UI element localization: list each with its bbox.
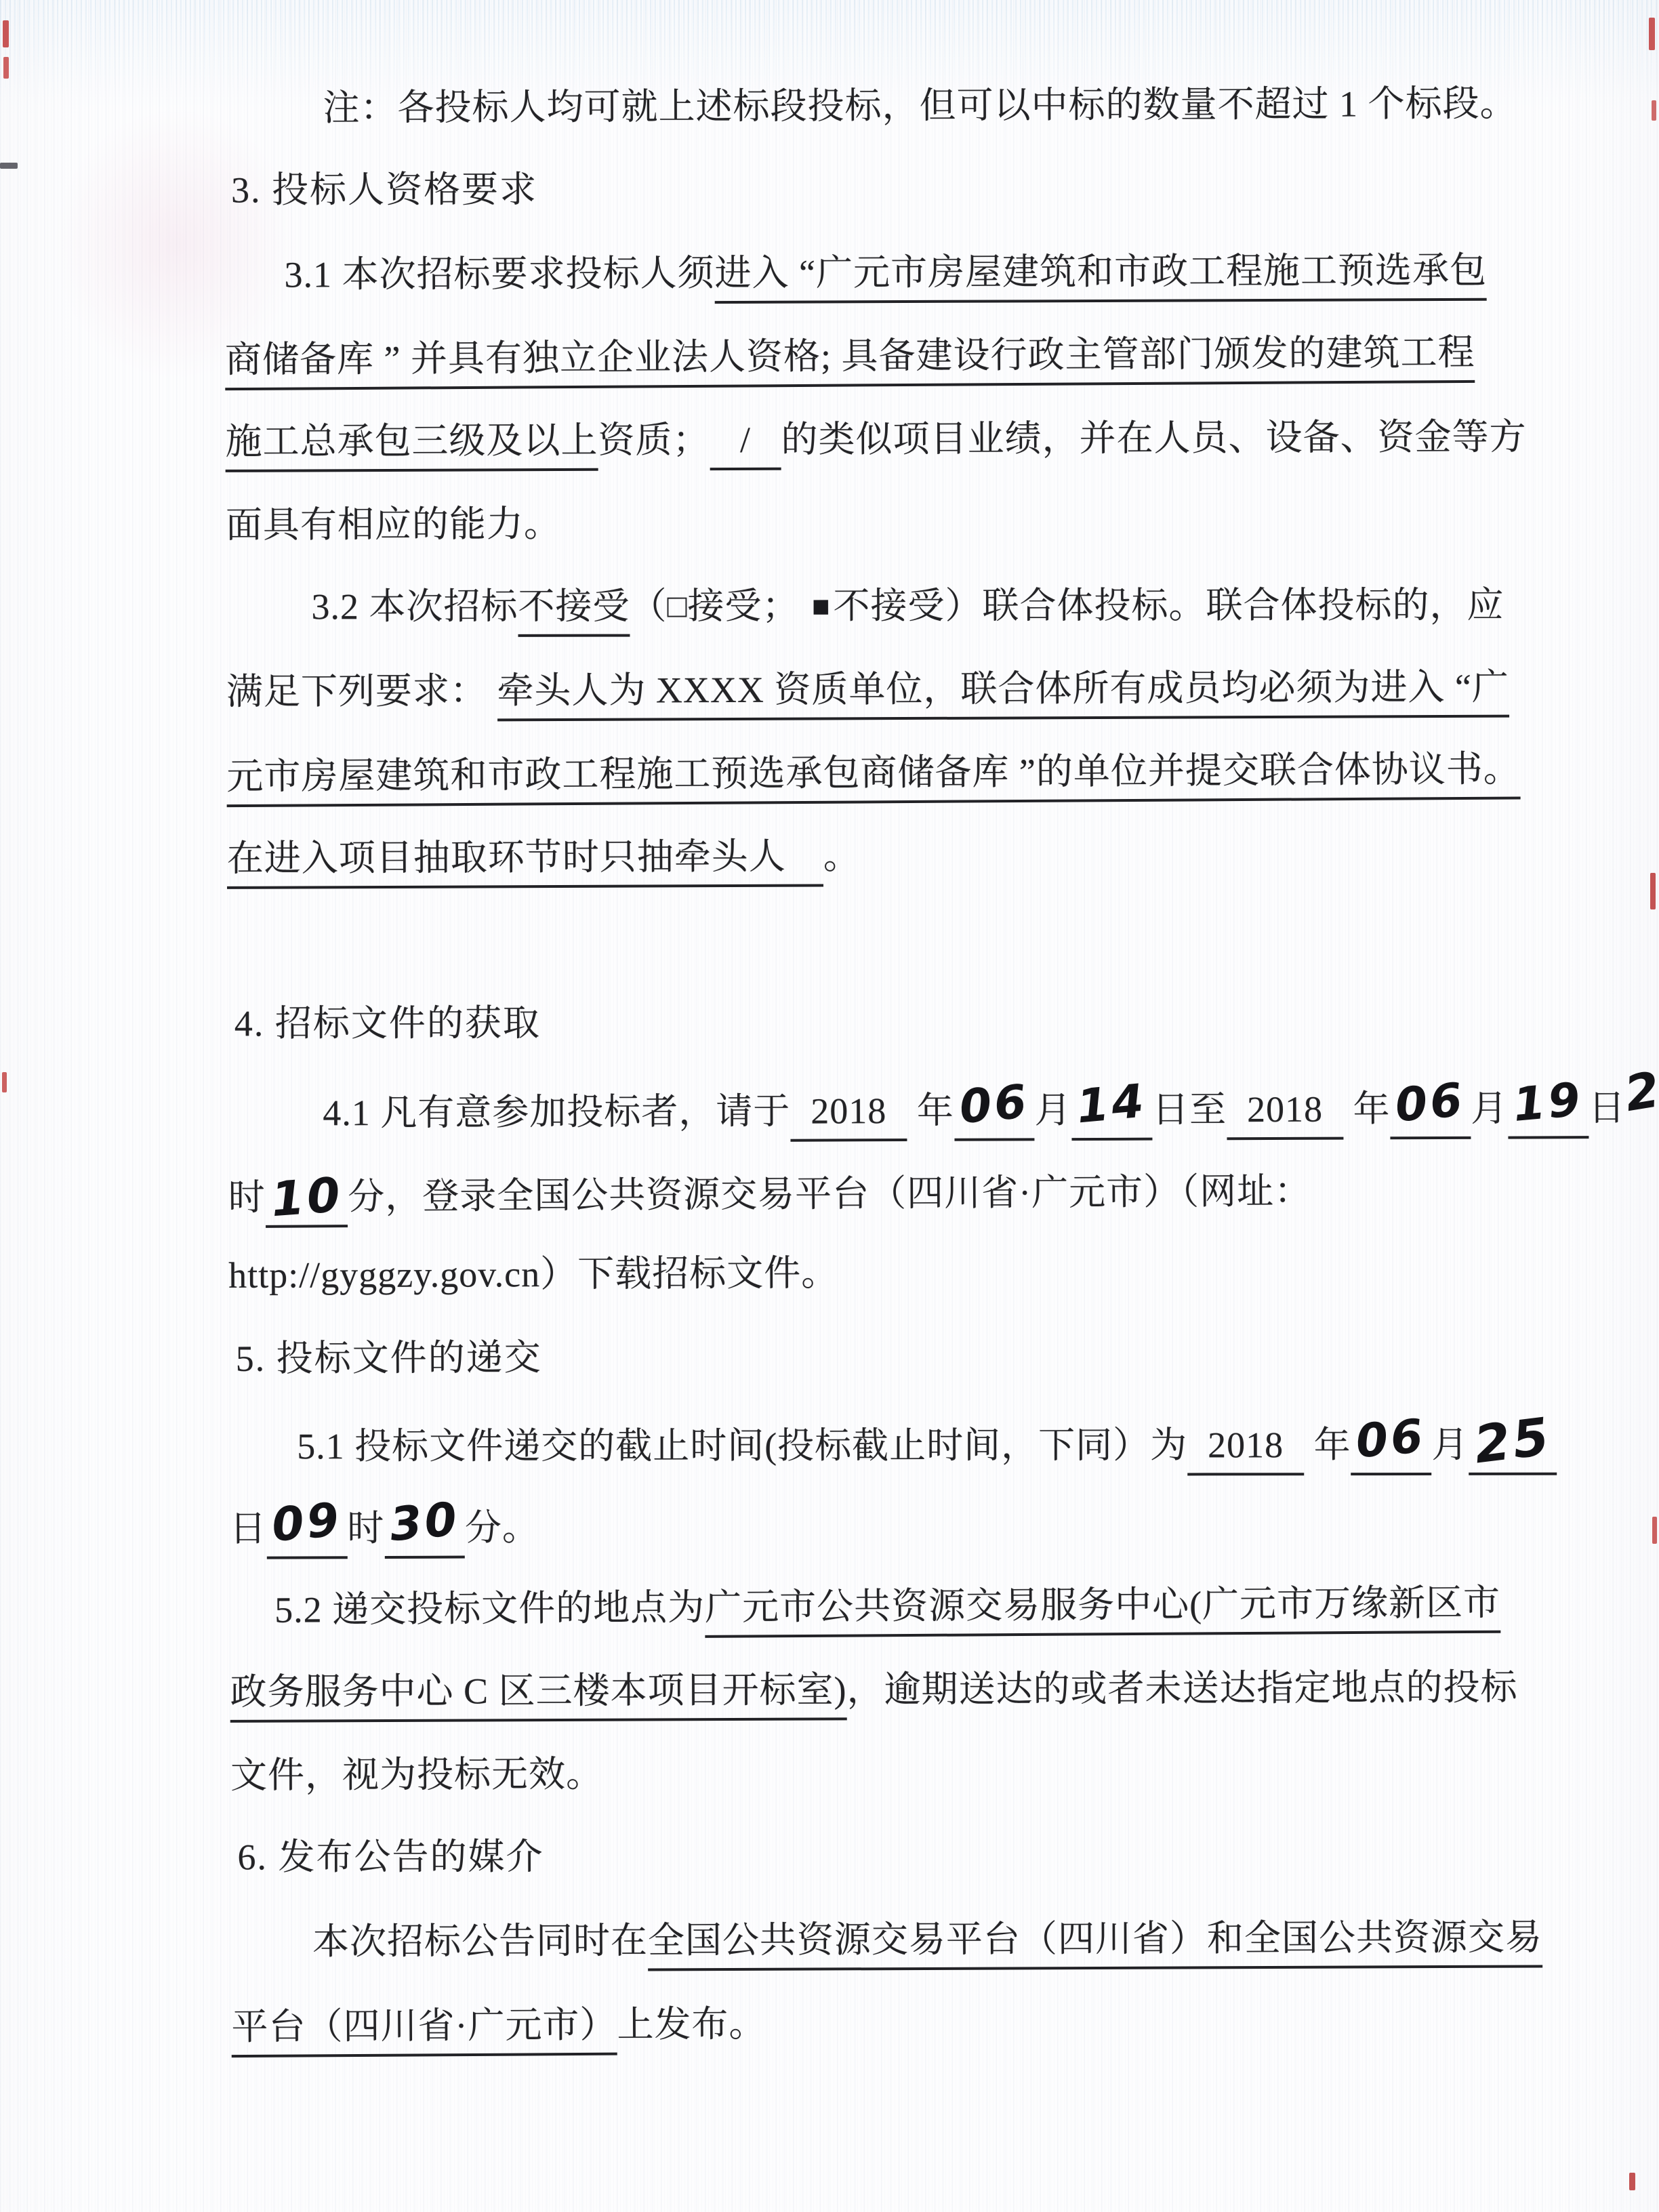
section-heading: 3. 投标人资格要求	[224, 147, 1578, 232]
handwritten-digits: 06	[1353, 1395, 1429, 1484]
underlined-text: 在进入项目抽取环节时只抽牵头人	[227, 836, 823, 889]
text-run: 分，登录全国公共资源交易平台（四川省·广元市）（网址：	[348, 1170, 1311, 1217]
text-line: 元市房屋建筑和市政工程施工预选承包商储备库 ”的单位并提交联合体协议书。	[226, 727, 1581, 819]
text-run: 5.2 递交投标文件的地点为	[274, 1587, 705, 1631]
text-line: 5.1 投标文件递交的截止时间(投标截止时间，下同）为2018 年06月25	[229, 1397, 1583, 1483]
text-line: 时10分，登录全国公共资源交易平台（四川省·广元市）（网址：	[228, 1144, 1582, 1235]
underlined-text: 2018	[1187, 1425, 1304, 1475]
text-run: 时	[347, 1508, 384, 1549]
handwritten-entry: 23	[1626, 1088, 1659, 1128]
text-line: 4.1 凡有意参加投标者，请于2018 年06月14日至2018 年06月19日…	[228, 1062, 1582, 1151]
text-line: 施工总承包三级及以上资质； / 的类似项目业绩，并在人员、设备、资金等方	[225, 395, 1579, 484]
scan-mark	[3, 20, 9, 47]
text-run: （	[630, 586, 667, 627]
text-run: 5.1 投标文件递交的截止时间(投标截止时间，下同）为	[297, 1425, 1187, 1467]
handwritten-digits: 25	[1469, 1394, 1556, 1486]
handwritten-entry-underlined: 25	[1469, 1425, 1557, 1475]
scan-mark	[0, 163, 18, 169]
underlined-text: 2018	[1227, 1089, 1343, 1141]
underlined-text: 2018	[790, 1090, 907, 1142]
scan-mark	[1649, 18, 1655, 50]
scan-mark	[3, 57, 9, 79]
text-line: 5.2 递交投标文件的地点为广元市公共资源交易服务中心(广元市万缘新区市	[230, 1561, 1584, 1652]
section-heading: 5. 投标文件的递交	[228, 1312, 1582, 1401]
handwritten-digits: 19	[1509, 1058, 1586, 1147]
text-run: 月	[1471, 1088, 1508, 1129]
underlined-text: 不接受	[518, 586, 630, 637]
text-run: 面具有相应的能力。	[226, 504, 561, 546]
text-line: 面具有相应的能力。	[226, 478, 1580, 567]
text-line: 3.2 本次招标不接受（□接受； ■不接受）联合体投标。联合体投标的，应	[226, 564, 1580, 649]
section-heading: 6. 发布公告的媒介	[230, 1814, 1584, 1900]
underlined-text: 施工总承包三级及以上	[225, 420, 598, 472]
handwritten-entry-underlined: 09	[267, 1508, 348, 1559]
handwritten-entry-underlined: 19	[1508, 1088, 1589, 1139]
document-body: 注：各投标人均可就上述标段投标，但可以中标的数量不超过 1 个标段。3. 投标人…	[0, 0, 1659, 2068]
handwritten-digits: 09	[268, 1478, 345, 1568]
text-run: 满足下列要求：	[226, 670, 497, 712]
underlined-text: 全国公共资源交易平台（四川省）和全国公共资源交易	[648, 1917, 1542, 1971]
text-run: 4. 招标文件的获取	[234, 1003, 541, 1044]
text-run: 月	[1034, 1090, 1071, 1130]
text-run: 注：各投标人均可就上述标段投标，但可以中标的数量不超过 1 个标段。	[323, 83, 1517, 129]
underlined-text: /	[710, 419, 781, 470]
text-run: 日	[1589, 1088, 1626, 1128]
checkbox-empty-icon: □	[667, 565, 687, 649]
text-run: 4.1 凡有意参加投标者，请于	[323, 1091, 790, 1134]
text-run: 5. 投标文件的递交	[236, 1337, 542, 1379]
underlined-text: 广元市公共资源交易服务中心(广元市万缘新区市	[705, 1582, 1500, 1638]
text-run: 日	[230, 1509, 267, 1549]
text-line: http://gyggzy.gov.cn）下载招标文件。	[228, 1229, 1582, 1317]
scan-mark	[1652, 100, 1656, 121]
handwritten-entry-underlined: 06	[954, 1090, 1035, 1141]
text-line: 注：各投标人均可就上述标段投标，但可以中标的数量不超过 1 个标段。	[224, 62, 1578, 150]
text-run: http://gyggzy.gov.cn）下载招标文件。	[228, 1252, 838, 1295]
text-run: 分。	[465, 1507, 539, 1548]
text-run: 年	[1343, 1088, 1391, 1129]
scan-mark	[1652, 1517, 1657, 1544]
handwritten-entry-underlined: 06	[1390, 1088, 1471, 1139]
text-run: ，逾期送达的或者未送达指定地点的投标	[846, 1667, 1517, 1711]
text-line: 本次招标公告同时在全国公共资源交易平台（四川省）和全国公共资源交易	[231, 1896, 1585, 1984]
scan-mark	[2, 1072, 7, 1092]
text-run: 上发布。	[617, 2003, 766, 2045]
text-run: 文件，视为投标无效。	[230, 1754, 603, 1796]
text-run: 日至	[1152, 1089, 1227, 1130]
text-run: 。	[823, 836, 861, 876]
text-run: 不接受）联合体投标。联合体投标的，应	[833, 585, 1504, 626]
handwritten-entry-underlined: 10	[266, 1176, 348, 1228]
handwritten-entry-underlined: 06	[1351, 1425, 1432, 1475]
handwritten-digits: 14	[1073, 1059, 1150, 1149]
handwritten-digits: 30	[386, 1477, 463, 1567]
text-run: 本次招标公告同时在	[312, 1921, 648, 1963]
text-line: 商储备库 ” 并具有独立企业法人资格; 具备建设行政主管部门颁发的建筑工程	[225, 310, 1580, 402]
handwritten-entry-underlined: 30	[384, 1508, 465, 1559]
blank-line	[227, 895, 1581, 984]
text-line: 政务服务中心 C 区三楼本项目开标室)，逾期送达的或者未送达指定地点的投标	[230, 1645, 1584, 1734]
underlined-text: 元市房屋建筑和市政工程施工预选承包商储备库 ”的单位并提交联合体协议书。	[226, 748, 1521, 807]
text-run: 时	[228, 1177, 266, 1218]
text-run: 月	[1431, 1425, 1469, 1465]
text-run: 3. 投标人资格要求	[231, 169, 537, 211]
text-line: 满足下列要求： 牵头人为 XXXX 资质单位，联合体所有成员均必须为进入 “广	[226, 645, 1580, 734]
handwritten-digits: 10	[268, 1153, 346, 1242]
text-line: 3.1 本次招标要求投标人须进入 “广元市房屋建筑和市政工程施工预选承包	[224, 228, 1578, 317]
underlined-text: 商储备库 ” 并具有独立企业法人资格; 具备建设行政主管部门颁发的建筑工程	[225, 332, 1475, 390]
text-run: 年	[1304, 1425, 1351, 1465]
document-sheet: 注：各投标人均可就上述标段投标，但可以中标的数量不超过 1 个标段。3. 投标人…	[0, 0, 1659, 2068]
text-line: 日09时30分。	[229, 1479, 1583, 1568]
text-run: 的类似项目业绩，并在人员、设备、资金等方	[781, 417, 1526, 460]
checkbox-filled-icon: ■	[812, 565, 831, 648]
text-run: 接受；	[687, 586, 809, 626]
text-run: 资质；	[598, 419, 710, 461]
text-run: 3.2 本次招标	[311, 586, 518, 627]
section-heading: 4. 招标文件的获取	[228, 981, 1582, 1066]
text-line: 在进入项目抽取环节时只抽牵头人 。	[227, 812, 1581, 901]
handwritten-digits: 06	[1392, 1059, 1469, 1148]
scanned-page: 注：各投标人均可就上述标段投标，但可以中标的数量不超过 1 个标段。3. 投标人…	[0, 0, 1659, 2212]
handwritten-digits: 06	[956, 1060, 1032, 1149]
text-line: 平台（四川省·广元市）上发布。	[231, 1978, 1586, 2069]
scan-mark	[1650, 873, 1656, 909]
underlined-text: 政务服务中心 C 区三楼本项目开标室)	[230, 1669, 846, 1722]
text-run: 年	[907, 1090, 954, 1131]
handwritten-entry-underlined: 14	[1071, 1090, 1152, 1141]
underlined-text: 进入 “广元市房屋建筑和市政工程施工预选承包	[714, 250, 1487, 304]
text-line: 文件，视为投标无效。	[230, 1729, 1584, 1818]
text-run: 6. 发布公告的媒介	[237, 1837, 544, 1878]
text-run: 3.1 本次招标要求投标人须	[284, 253, 714, 295]
underlined-text: 牵头人为 XXXX 资质单位，联合体所有成员均必须为进入 “广	[497, 667, 1509, 722]
scan-mark	[1629, 2173, 1635, 2190]
underlined-text: 平台（四川省·广元市）	[231, 2005, 617, 2057]
